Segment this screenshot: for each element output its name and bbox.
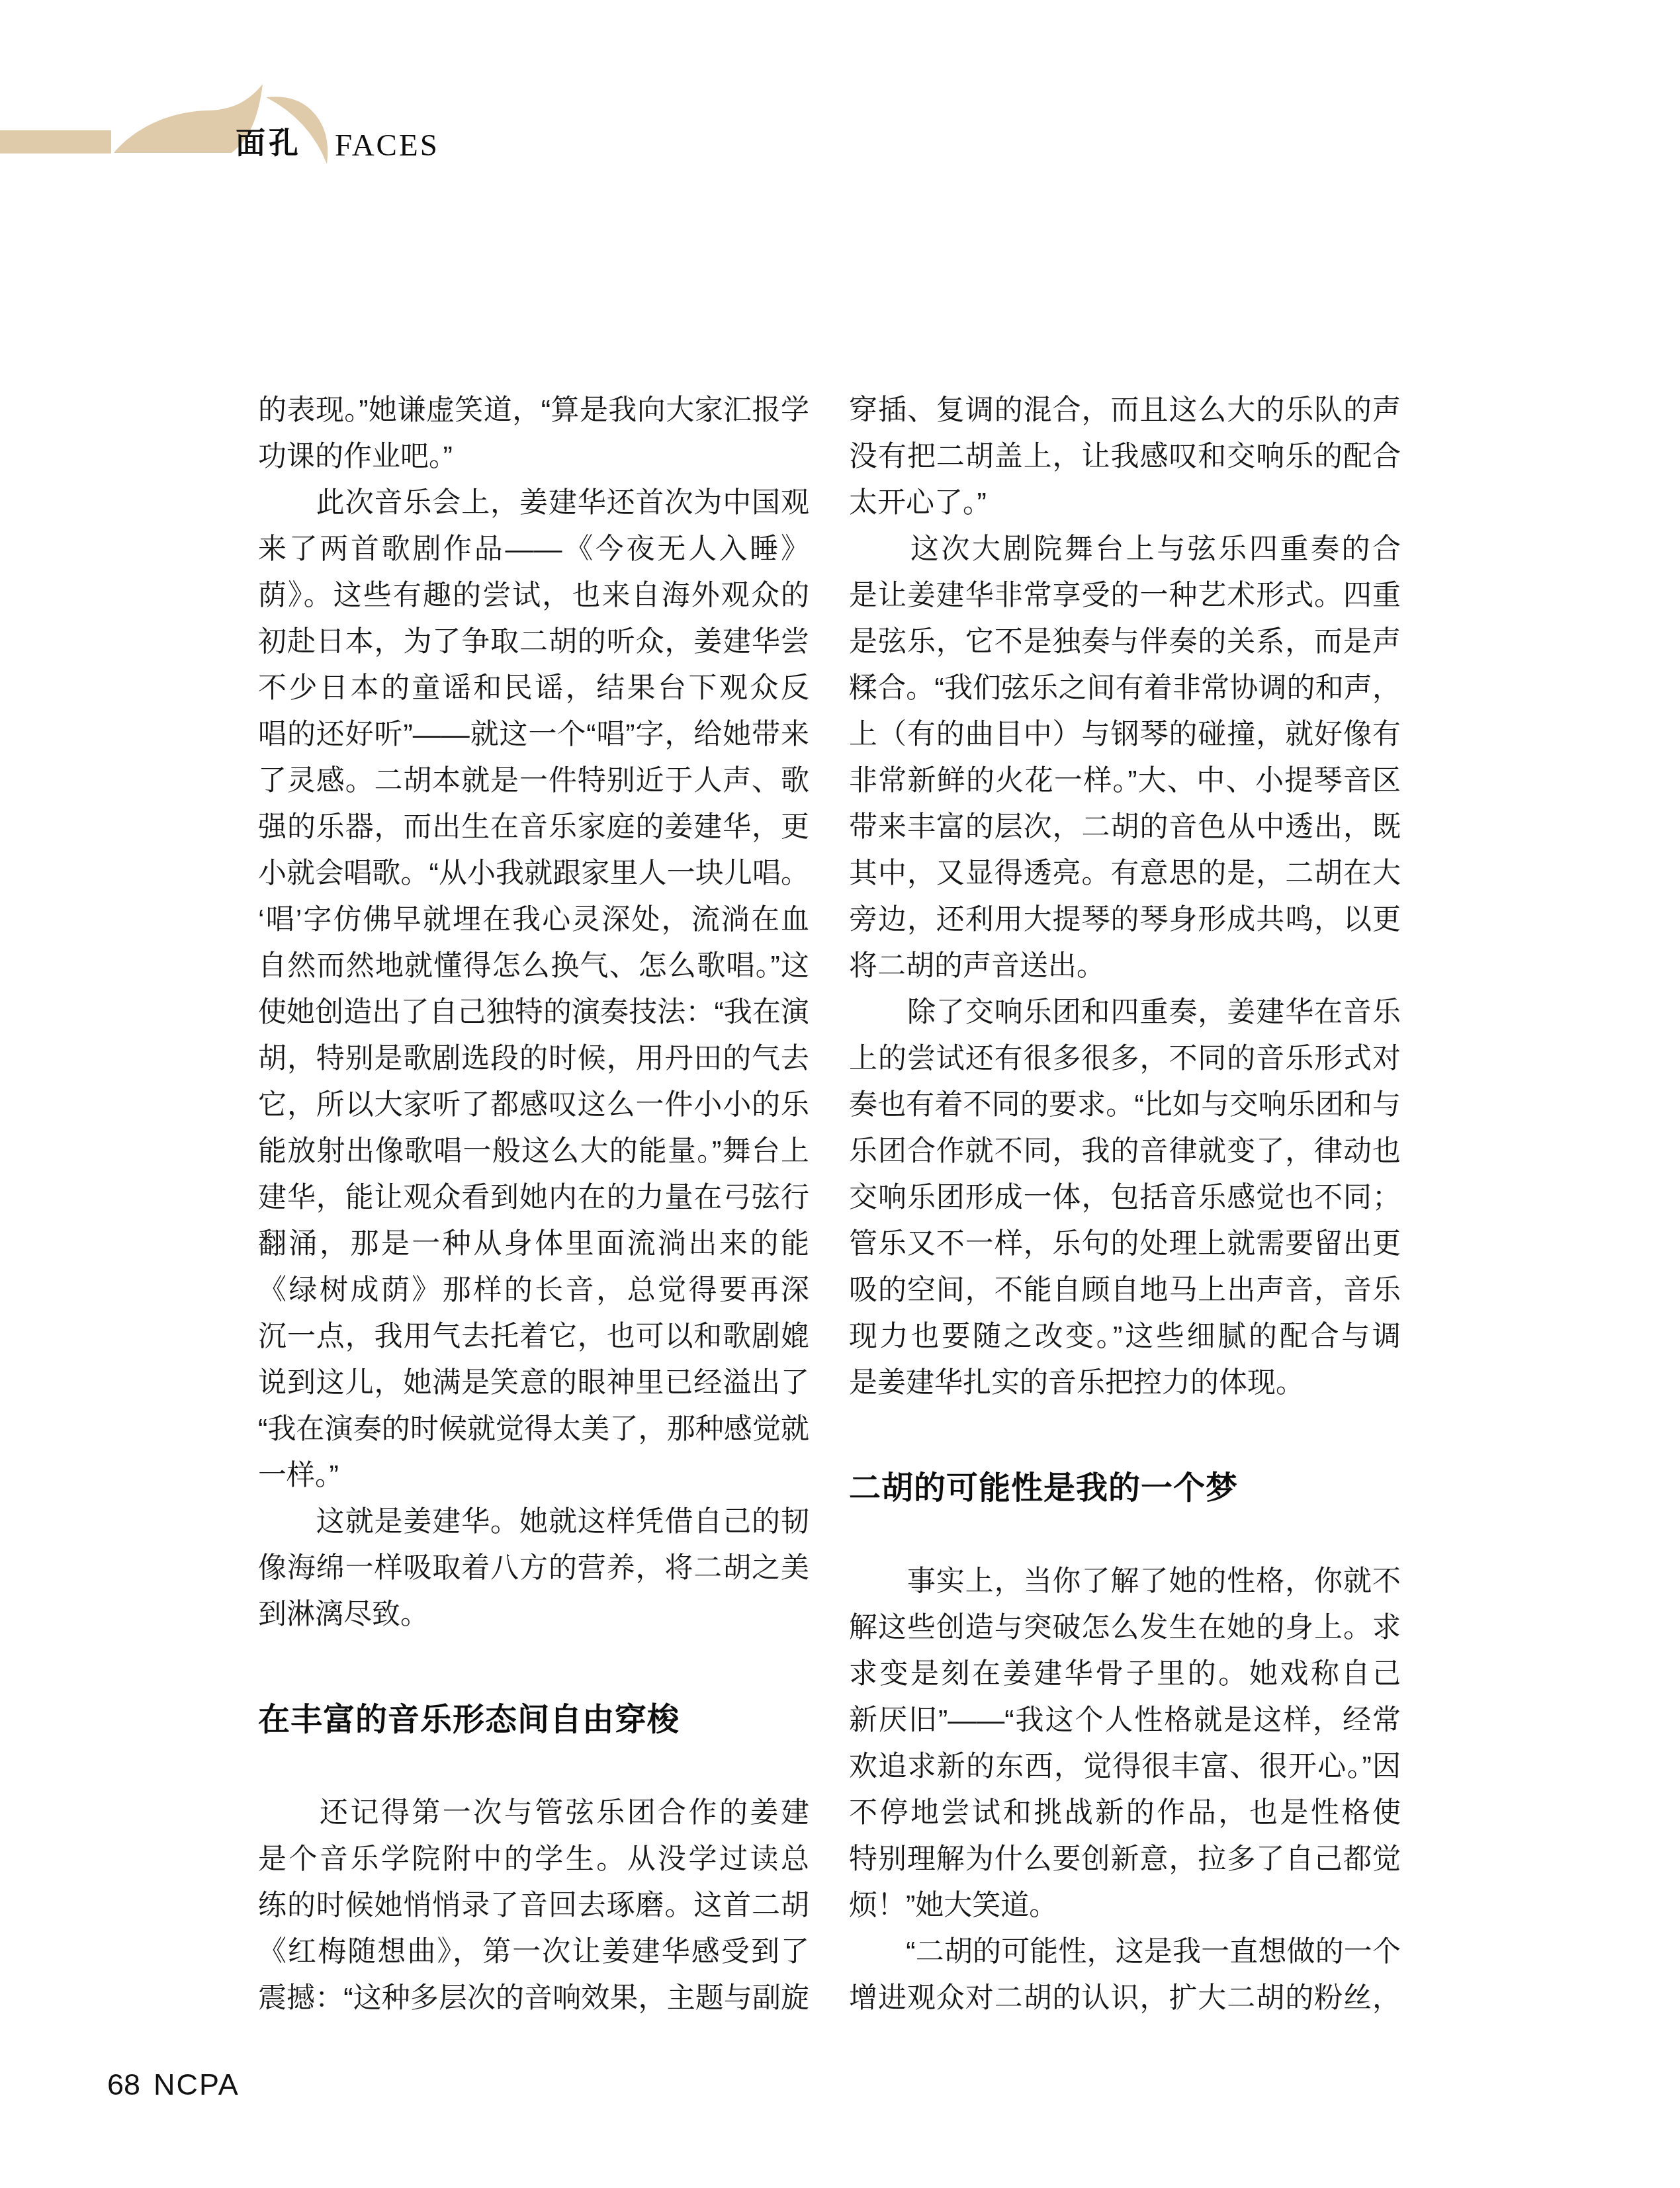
text-line: 求变是刻在姜建华骨子里的。她戏称自己是“喜 [849, 1651, 1401, 1697]
text-line: 增进观众对二胡的认识，扩大二胡的粉丝，她一 [849, 1975, 1401, 2021]
text-line: 没有把二胡盖上，让我感叹和交响乐的配合真是 [849, 433, 1401, 480]
footer-brand: NCPA [154, 2070, 240, 2099]
text-line: 像海绵一样吸取着八方的营养，将二胡之美发挥 [258, 1545, 809, 1591]
magazine-page: 面孔 FACES 的表现。”她谦虚笑道，“算是我向大家汇报学习功课的作业吧。” … [0, 0, 1680, 2188]
page-footer: 68 NCPA [107, 2070, 240, 2099]
text-line: 强的乐器，而出生在音乐家庭的姜建华，更是从 [258, 804, 809, 850]
text-line: 吸的空间，不能自顾自地马上出声音，音乐的表 [849, 1267, 1401, 1313]
section-title-en: FACES [335, 130, 439, 161]
text-line: 上的尝试还有很多很多，不同的音乐形式对其演 [849, 1035, 1401, 1082]
text-line: 上（有的曲目中）与钢琴的碰撞，就好像有一种 [849, 711, 1401, 758]
text-line: 其中，又显得透亮。有意思的是，二胡在大提琴 [849, 850, 1401, 897]
text-line: 太开心了。” [849, 480, 1401, 526]
text-line: 带来丰富的层次，二胡的音色从中透出，既融合 [849, 804, 1401, 850]
section-heading: 二胡的可能性是我的一个梦 [849, 1466, 1401, 1512]
text-line: 不少日本的童谣和民谣，结果台下观众反馈“比 [258, 665, 809, 711]
text-line: 乐团合作就不同，我的音律就变了，律动也要和 [849, 1128, 1401, 1174]
right-column: 穿插、复调的混合，而且这么大的乐队的声音也没有把二胡盖上，让我感叹和交响乐的配合… [849, 387, 1401, 2021]
text-line: 除了交响乐团和四重奏，姜建华在音乐形态 [849, 989, 1401, 1035]
text-line: 来了两首歌剧作品——《今夜无人入睡》《绿树成 [258, 526, 809, 572]
text-line: 到淋漓尽致。 [258, 1591, 809, 1638]
section-title-cn: 面孔 [236, 128, 302, 158]
text-line: “二胡的可能性，这是我一直想做的一个梦。” [849, 1929, 1401, 1975]
text-line: 能放射出像歌唱一般这么大的能量。”舞台上的姜 [258, 1128, 809, 1174]
text-line: 建华，能让观众看到她内在的力量在弓弦行走间 [258, 1174, 809, 1221]
text-line: 此次音乐会上，姜建华还首次为中国观众带 [258, 480, 809, 526]
text-line: 功课的作业吧。” [258, 433, 809, 480]
text-line: 自然而然地就懂得怎么换气、怎么歌唱。”这也促 [258, 943, 809, 989]
text-line: 解这些创造与突破怎么发生在她的身上。求新、 [849, 1604, 1401, 1651]
text-line: 《红梅随想曲》，第一次让姜建华感受到了音响的 [258, 1929, 809, 1975]
text-line: 的表现。”她谦虚笑道，“算是我向大家汇报学习 [258, 387, 809, 433]
text-line: 是让姜建华非常享受的一种艺术形式。四重奏都 [849, 572, 1401, 619]
text-line: 烦！”她大笑道。 [849, 1882, 1401, 1929]
text-line: 是弦乐，它不是独奏与伴奏的关系，而是声音的 [849, 619, 1401, 665]
text-line: 荫》。这些有趣的尝试，也来自海外观众的启发。 [258, 572, 809, 619]
section-heading: 在丰富的音乐形态间自由穿梭 [258, 1697, 809, 1743]
text-line: 震撼：“这种多层次的音响效果，主题与副旋律的 [258, 1975, 809, 2021]
text-line: 唱的还好听”——就这一个“唱”字，给她带来 [258, 711, 809, 758]
text-line: 奏也有着不同的要求。“比如与交响乐团和与民族 [849, 1082, 1401, 1128]
text-line: 了灵感。二胡本就是一件特别近于人声、歌唱性 [258, 758, 809, 804]
text-line: 这就是姜建华。她就这样凭借自己的韧劲， [258, 1499, 809, 1545]
text-line: ‘唱’字仿佛早就埋在我心灵深处，流淌在血液中， [258, 897, 809, 943]
text-line: 非常新鲜的火花一样。”大、中、小提琴音区不同 [849, 758, 1401, 804]
text-line: 将二胡的声音送出。 [849, 943, 1401, 989]
text-line: 这次大剧院舞台上与弦乐四重奏的合作，也 [849, 526, 1401, 572]
text-line: 一样。” [258, 1452, 809, 1499]
text-line: 糅合。“我们弦乐之间有着非常协调的和声，再加 [849, 665, 1401, 711]
text-line: 交响乐团形成一体，包括音乐感觉也不同；和铜 [849, 1174, 1401, 1221]
text-line: “我在演奏的时候就觉得太美了，那种感觉就像画 [258, 1406, 809, 1452]
text-line: 新厌旧”——“我这个人性格就是这样，经常喜 [849, 1697, 1401, 1743]
page-number: 68 [107, 2070, 140, 2099]
text-line: 使她创造出了自己独特的演奏技法：“我在演奏二 [258, 989, 809, 1035]
text-line: 是个音乐学院附中的学生。从没学过读总谱，排 [258, 1836, 809, 1882]
text-line: 沉一点，我用气去托着它，也可以和歌剧媲美。” [258, 1313, 809, 1360]
text-line: 小就会唱歌。“从小我就跟家里人一块儿唱。这个 [258, 850, 809, 897]
header-bar-shape [0, 130, 111, 153]
text-line: 不停地尝试和挑战新的作品，也是性格使然。“我 [849, 1790, 1401, 1836]
text-line: 现力也要随之改变。”这些细腻的配合与调整，正 [849, 1313, 1401, 1360]
text-line: 胡，特别是歌剧选段的时候，用丹田的气去托住 [258, 1035, 809, 1082]
text-line: 它，所以大家听了都感叹这么一件小小的乐器竟 [258, 1082, 809, 1128]
text-line: 《绿树成荫》那样的长音，总觉得要再深沉、再深 [258, 1267, 809, 1313]
text-line: 事实上，当你了解了她的性格，你就不难理 [849, 1558, 1401, 1604]
text-line: 旁边，还利用大提琴的琴身形成共鸣，以更好地 [849, 897, 1401, 943]
text-line: 欢追求新的东西，觉得很丰富、很开心。”因此， [849, 1743, 1401, 1790]
text-line: 穿插、复调的混合，而且这么大的乐队的声音也 [849, 387, 1401, 433]
left-column: 的表现。”她谦虚笑道，“算是我向大家汇报学习功课的作业吧。” 此次音乐会上，姜建… [258, 387, 809, 2021]
text-line: 初赴日本，为了争取二胡的听众，姜建华尝试了 [258, 619, 809, 665]
text-line: 说到这儿，她满是笑意的眼神里已经溢出了陶醉， [258, 1360, 809, 1406]
text-line: 是姜建华扎实的音乐把控力的体现。 [849, 1360, 1401, 1406]
text-line: 特别理解为什么要创新意，拉多了自己都觉得 [849, 1836, 1401, 1882]
text-line: 翻涌，那是一种从身体里面流淌出来的能量。“像 [258, 1221, 809, 1267]
text-line: 练的时候她悄悄录了音回去琢磨。这首二胡协奏 [258, 1882, 809, 1929]
text-line: 管乐又不一样，乐句的处理上就需要留出更多呼 [849, 1221, 1401, 1267]
text-line: 还记得第一次与管弦乐团合作的姜建华，还 [258, 1790, 809, 1836]
